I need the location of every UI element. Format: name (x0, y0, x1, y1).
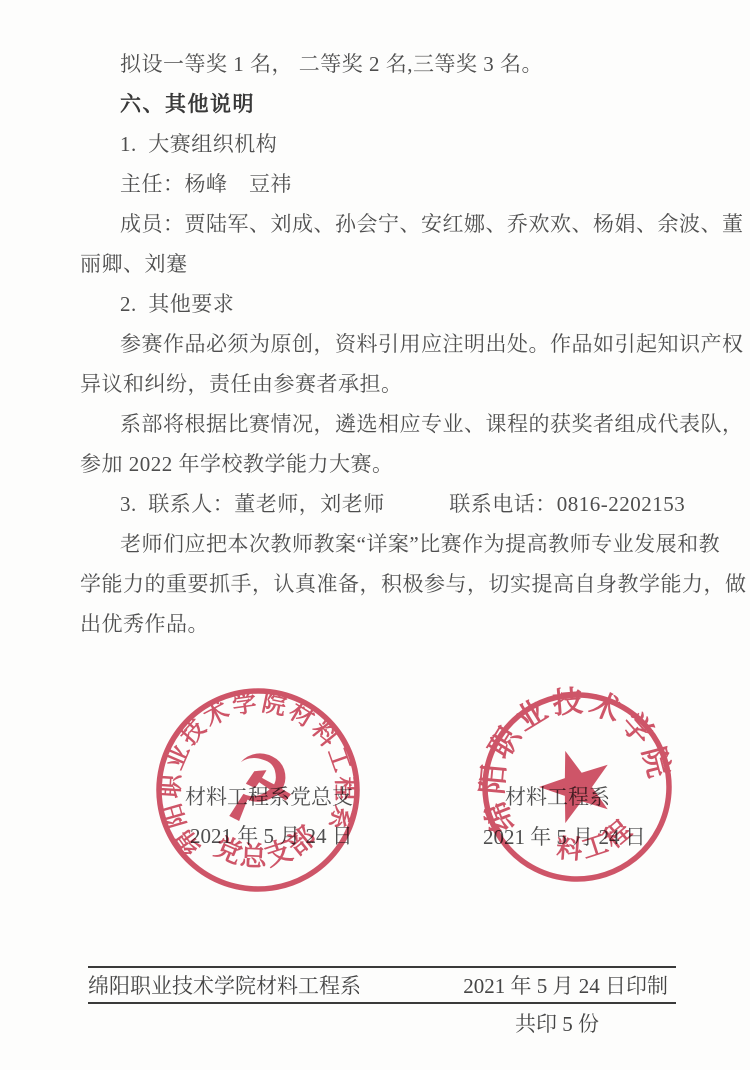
section-heading: 六、其他说明 (80, 84, 708, 124)
scanned-document-page: 拟设一等奖 1 名， 二等奖 2 名,三等奖 3 名。 六、其他说明 1. 大赛… (0, 0, 750, 1070)
document-line: 系部将根据比赛情况，遴选相应专业、课程的获奖者组成代表队， (80, 404, 708, 444)
footer-print-date: 2021 年 5 月 24 日印制 (463, 970, 668, 1000)
document-line: 参加 2022 年学校教学能力大赛。 (80, 444, 708, 484)
seal-rim-text: 绵阳职业技术学院 (451, 661, 678, 838)
seal-department: 绵阳职业技术学院 材料工程系 (451, 661, 703, 913)
document-line: 老师们应把本次教师教案“详案”比赛作为提高教师专业发展和教 (80, 524, 708, 564)
document-line: 1. 大赛组织机构 (80, 124, 708, 164)
document-line: 参赛作品必须为原创，资料引用应注明出处。作品如引起知识产权 (80, 324, 708, 364)
footer-org: 绵阳职业技术学院材料工程系 (88, 970, 361, 1000)
document-line: 3. 联系人：董老师，刘老师 联系电话：0816-2202153 (80, 484, 708, 524)
star-icon (531, 740, 621, 828)
document-line: 学能力的重要抓手，认真准备，积极参与，切实提高自身教学能力，做 (80, 564, 708, 604)
seal-department-svg: 绵阳职业技术学院 材料工程系 (451, 661, 703, 913)
document-line: 成员：贾陆军、刘成、孙会宁、安红娜、乔欢欢、杨娟、余波、董 (80, 204, 708, 244)
hammer-sickle-icon: ☭ (212, 736, 304, 843)
document-line: 拟设一等奖 1 名， 二等奖 2 名,三等奖 3 名。 (80, 44, 708, 84)
document-footer: 绵阳职业技术学院材料工程系 2021 年 5 月 24 日印制 共印 5 份 (88, 966, 676, 1038)
document-body: 拟设一等奖 1 名， 二等奖 2 名,三等奖 3 名。 六、其他说明 1. 大赛… (80, 44, 708, 644)
document-line: 出优秀作品。 (80, 604, 708, 644)
seal-party-branch-svg: 绵阳职业技术学院材料工程系 ☭ 党总支部 (136, 668, 380, 912)
signature-right: 材料工程系 2021 年 5 月 24 日 (0, 781, 32, 881)
document-line: 2. 其他要求 (80, 284, 708, 324)
document-line: 主任：杨峰 豆祎 (80, 164, 708, 204)
document-line: 异议和纠纷，责任由参赛者承担。 (80, 364, 708, 404)
footer-copies: 共印 5 份 (515, 1008, 676, 1038)
document-line: 丽卿、刘蹇 (80, 244, 708, 284)
footer-divider-bottom (88, 1002, 676, 1004)
seal-party-branch: 绵阳职业技术学院材料工程系 ☭ 党总支部 (136, 668, 380, 912)
seal-bottom-text: 材料工程系 (528, 752, 643, 874)
